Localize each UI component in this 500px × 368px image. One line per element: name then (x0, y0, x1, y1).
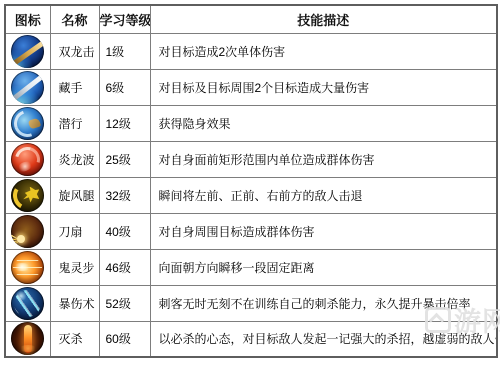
skill-level: 25级 (99, 141, 150, 177)
skill-name: 双龙击 (50, 33, 99, 69)
table-row: 灭杀 60级 以必杀的心态，对目标敌人发起一记强大的杀招，越虚弱的敌人伤害越高 (5, 321, 497, 357)
table-row: 暴伤术 52级 刺客无时无刻不在训练自己的刺杀能力，永久提升暴击倍率 (5, 285, 497, 321)
skill-icon-miesha (11, 322, 44, 355)
skill-icon-cell (5, 105, 50, 141)
skill-icon-shuanglongji (11, 35, 44, 68)
skill-icon-cell (5, 69, 50, 105)
table-row: 炎龙波 25级 对自身面前矩形范围内单位造成群体伤害 (5, 141, 497, 177)
skill-name: 暴伤术 (50, 285, 99, 321)
skill-icon-yanlongbo (11, 143, 44, 176)
header-description: 技能描述 (150, 5, 497, 33)
skill-description: 对自身周围目标造成群体伤害 (150, 213, 497, 249)
skill-name: 鬼灵步 (50, 249, 99, 285)
table-row: 藏手 6级 对目标及目标周围2个目标造成大量伤害 (5, 69, 497, 105)
skill-icon-qianxing (11, 107, 44, 140)
skill-table: 图标 名称 学习等级 技能描述 双龙击 1级 对目标造成2次单体伤害 藏手 6级 (4, 4, 498, 358)
skill-icon-cell (5, 177, 50, 213)
skill-name: 旋风腿 (50, 177, 99, 213)
skill-level: 6级 (99, 69, 150, 105)
table-row: 刀扇 40级 对自身周围目标造成群体伤害 (5, 213, 497, 249)
skill-description: 对目标及目标周围2个目标造成大量伤害 (150, 69, 497, 105)
skill-level: 46级 (99, 249, 150, 285)
header-level: 学习等级 (99, 5, 150, 33)
skill-table-page: 图标 名称 学习等级 技能描述 双龙击 1级 对目标造成2次单体伤害 藏手 6级 (0, 0, 500, 368)
skill-description: 瞬间将左前、正前、右前方的敌人击退 (150, 177, 497, 213)
table-row: 潜行 12级 获得隐身效果 (5, 105, 497, 141)
skill-name: 灭杀 (50, 321, 99, 357)
skill-level: 52级 (99, 285, 150, 321)
table-row: 旋风腿 32级 瞬间将左前、正前、右前方的敌人击退 (5, 177, 497, 213)
skill-icon-xuanfengtui (11, 179, 44, 212)
skill-name: 潜行 (50, 105, 99, 141)
skill-description: 刺客无时无刻不在训练自己的刺杀能力，永久提升暴击倍率 (150, 285, 497, 321)
skill-icon-cangshou (11, 71, 44, 104)
skill-icon-cell (5, 33, 50, 69)
skill-name: 炎龙波 (50, 141, 99, 177)
skill-icon-daoshan (11, 215, 44, 248)
skill-description: 获得隐身效果 (150, 105, 497, 141)
skill-icon-cell (5, 249, 50, 285)
skill-description: 对目标造成2次单体伤害 (150, 33, 497, 69)
header-name: 名称 (50, 5, 99, 33)
skill-level: 1级 (99, 33, 150, 69)
skill-level: 40级 (99, 213, 150, 249)
skill-level: 60级 (99, 321, 150, 357)
skill-name: 藏手 (50, 69, 99, 105)
header-row: 图标 名称 学习等级 技能描述 (5, 5, 497, 33)
skill-description: 向面朝方向瞬移一段固定距离 (150, 249, 497, 285)
skill-description: 对自身面前矩形范围内单位造成群体伤害 (150, 141, 497, 177)
skill-icon-cell (5, 285, 50, 321)
skill-level: 12级 (99, 105, 150, 141)
skill-name: 刀扇 (50, 213, 99, 249)
skill-icon-baoshangshu (11, 287, 44, 320)
table-row: 鬼灵步 46级 向面朝方向瞬移一段固定距离 (5, 249, 497, 285)
skill-level: 32级 (99, 177, 150, 213)
skill-icon-guilingbu (11, 251, 44, 284)
skill-icon-cell (5, 213, 50, 249)
skill-icon-cell (5, 141, 50, 177)
header-icon: 图标 (5, 5, 50, 33)
skill-description: 以必杀的心态，对目标敌人发起一记强大的杀招，越虚弱的敌人伤害越高 (150, 321, 497, 357)
table-row: 双龙击 1级 对目标造成2次单体伤害 (5, 33, 497, 69)
skill-icon-cell (5, 321, 50, 357)
